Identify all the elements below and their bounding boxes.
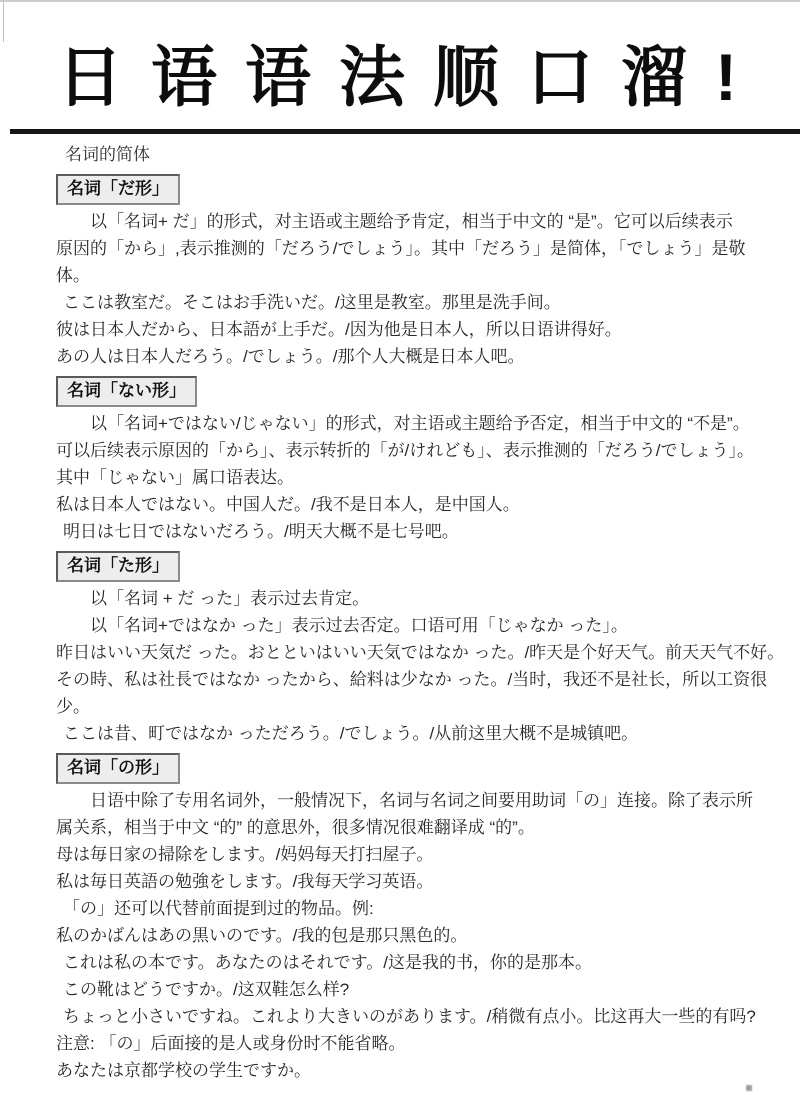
text-line: 以「名词+ だ」的形式，对主语或主题给予肯定，相当于中文的 “是”。它可以后续表… [56, 208, 774, 235]
text-line: あの人は日本人だろう。/でしょう。/那个人大概是日本人吧。 [56, 343, 774, 370]
text-line: 母は毎日家の掃除をします。/妈妈每天打扫屋子。 [56, 841, 774, 868]
text-line: これは私の本です。あなたのはそれです。/这是我的书，你的是那本。 [56, 949, 774, 976]
text-line: 私は日本人ではない。中国人だ。/我不是日本人，是中国人。 [56, 491, 774, 518]
text-line: 「の」还可以代替前面提到过的物品。例: [56, 895, 774, 922]
text-line: ここは昔、町ではなか っただろう。/でしょう。/从前这里大概不是城镇吧。 [56, 720, 774, 747]
grammar-section: 名词「ない形」以「名词+ではない/じゃない」的形式，对主语或主题给予否定，相当于… [56, 370, 774, 545]
scan-edge-left [3, 0, 4, 42]
title-char: 法 [339, 44, 405, 110]
text-line: 以「名词 + だ った」表示过去肯定。 [56, 585, 774, 612]
text-line: この靴はどうですか。/这双鞋怎么样? [56, 976, 774, 1003]
text-line: ちょっと小さいですね。これより大きいのがあります。/稍微有点小。比这再大一些的有… [56, 1003, 774, 1030]
section-header: 名词「だ形」 [56, 174, 180, 205]
page-title: 日语语法顺口溜! [57, 44, 737, 110]
section-header: 名词「ない形」 [56, 376, 197, 407]
document-content: 名词的简体 名词「だ形」以「名词+ だ」的形式，对主语或主题给予肯定，相当于中文… [56, 141, 774, 1084]
title-char: 语 [245, 44, 311, 110]
text-line: 可以后续表示原因的「から」、表示转折的「が/けれども」、表示推测的「だろう/でし… [56, 437, 774, 464]
grammar-section: 名词「だ形」以「名词+ だ」的形式，对主语或主题给予肯定，相当于中文的 “是”。… [56, 168, 774, 370]
text-line: 私は毎日英語の勉強をします。/我每天学习英语。 [56, 868, 774, 895]
grammar-section: 名词「た形」以「名词 + だ った」表示过去肯定。以「名词+ではなか った」表示… [56, 545, 774, 747]
scan-artifact [746, 1085, 752, 1091]
title-char: 口 [527, 44, 593, 110]
text-line: あなたは京都学校の学生ですか。 [56, 1057, 774, 1084]
document-page: 日语语法顺口溜! 名词的简体 名词「だ形」以「名词+ だ」的形式，对主语或主题给… [0, 44, 800, 1084]
text-line: 原因的「から」,表示推测的「だろう/でしょう」。其中「だろう」是简体，「でしょう… [56, 235, 774, 262]
title-char: 顺 [433, 44, 499, 110]
title-char: 溜 [621, 44, 687, 110]
grammar-section: 名词「の形」日语中除了专用名词外，一般情况下，名词与名词之间要用助词「の」连接。… [56, 747, 774, 1084]
text-line: 日语中除了专用名词外，一般情况下，名词与名词之间要用助词「の」连接。除了表示所 [56, 787, 774, 814]
scan-edge-top [0, 0, 800, 2]
text-line: その時、私は社長ではなか ったから、給料は少なか った。/当时，我还不是社长，所… [56, 666, 774, 693]
text-line: 少。 [56, 693, 774, 720]
text-line: 昨日はいい天気だ った。おとといはいい天気ではなか った。/昨天是个好天气。前天… [56, 639, 774, 666]
title-underline [10, 129, 800, 134]
text-line: 彼は日本人だから、日本語が上手だ。/因为他是日本人，所以日语讲得好。 [56, 316, 774, 343]
title-char: 语 [151, 44, 217, 110]
text-line: 私のかばんはあの黒いのです。/我的包是那只黑色的。 [56, 922, 774, 949]
text-line: 以「名词+ではなか った」表示过去否定。口语可用「じゃなか った」。 [56, 612, 774, 639]
text-line: 以「名词+ではない/じゃない」的形式，对主语或主题给予否定，相当于中文的 “不是… [56, 410, 774, 437]
text-line: 属关系，相当于中文 “的” 的意思外，很多情况很难翻译成 “的”。 [56, 814, 774, 841]
title-char: ! [715, 44, 737, 110]
text-line: 注意: 「の」后面接的是人或身份时不能省略。 [56, 1030, 774, 1057]
text-line: 体。 [56, 262, 774, 289]
sections-container: 名词「だ形」以「名词+ だ」的形式，对主语或主题给予肯定，相当于中文的 “是”。… [56, 168, 774, 1084]
section-header: 名词「た形」 [56, 551, 180, 582]
text-line: 其中「じゃない」属口语表达。 [56, 464, 774, 491]
text-line: 明日は七日ではないだろう。/明天大概不是七号吧。 [56, 518, 774, 545]
title-char: 日 [57, 44, 123, 110]
text-line: ここは教室だ。そこはお手洗いだ。/这里是教室。那里是洗手间。 [56, 289, 774, 316]
subtitle: 名词的简体 [56, 141, 774, 168]
section-header: 名词「の形」 [56, 753, 180, 784]
